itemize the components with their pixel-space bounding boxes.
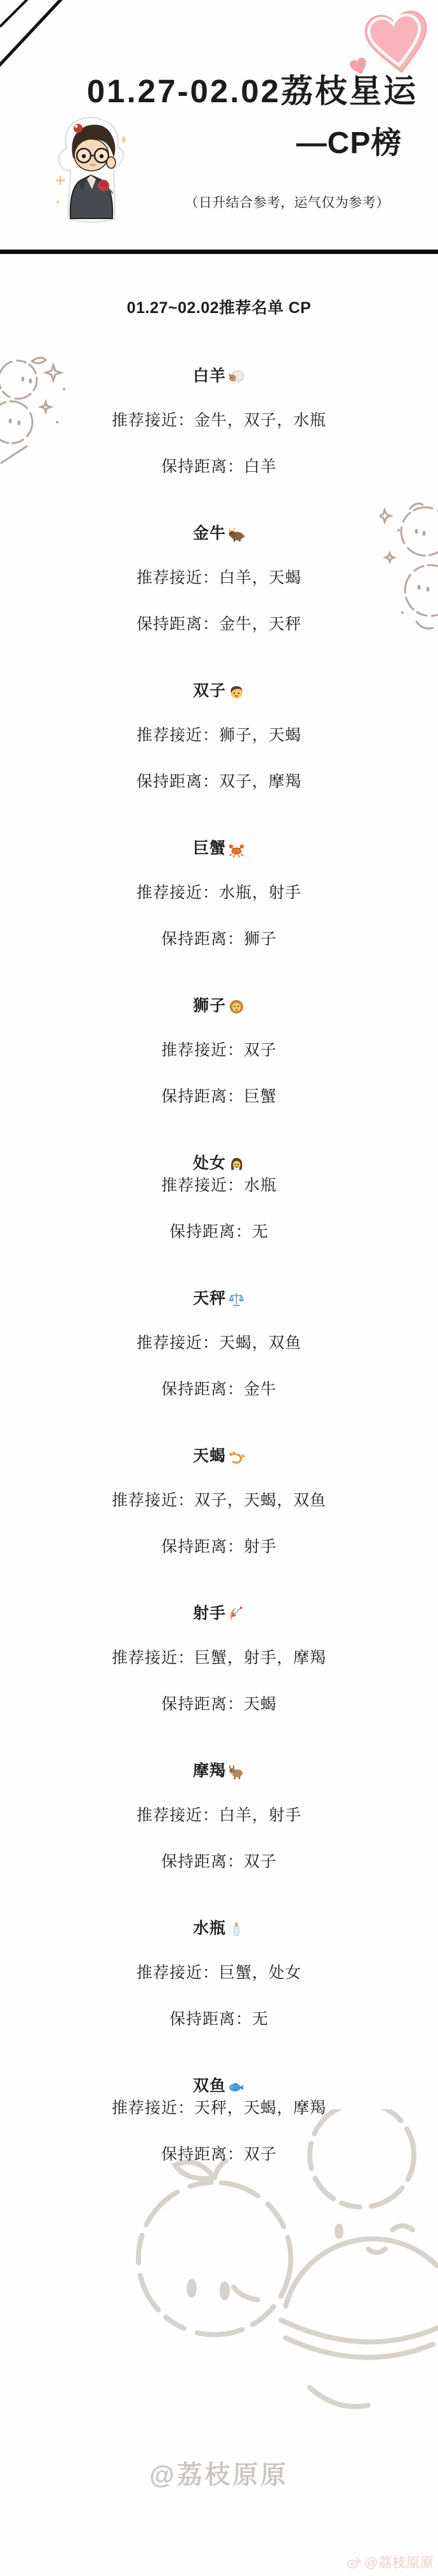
cp-list: 01.27~02.02推荐名单 CP 白羊 推荐接近：金牛，双子，水瓶 保持距离… (0, 254, 438, 2212)
libra-scales-icon (228, 1290, 245, 1307)
recommend-prefix: 推荐接近： (161, 1177, 244, 1194)
sign-name-label: 水瓶 (193, 1919, 226, 1938)
sign-section: 巨蟹 推荐接近：水瓶，射手 保持距离：狮子 (0, 839, 438, 949)
keep-prefix: 保持距离： (161, 1853, 244, 1871)
keep-prefix: 保持距离： (169, 1223, 252, 1241)
recommend-value: 巨蟹，处女 (219, 1964, 302, 1982)
poster-title: 01.27-02.02荔枝星运 (67, 65, 438, 112)
recommend-prefix: 推荐接近： (136, 1806, 219, 1824)
keep-line: 保持距离：双子 (0, 2145, 438, 2164)
recommend-prefix: 推荐接近： (161, 1041, 244, 1059)
weibo-logo-icon (346, 2554, 362, 2570)
sign-name-label: 狮子 (193, 996, 226, 1015)
keep-line: 保持距离：无 (0, 1222, 438, 1241)
sign-name: 双子 (0, 681, 438, 700)
poster-subtitle-cp: —CP榜 (289, 118, 409, 162)
keep-prefix: 保持距离： (161, 1088, 244, 1105)
sign-name-label: 巨蟹 (193, 839, 226, 858)
recommend-value: 狮子，天蝎 (219, 726, 302, 744)
sign-name-label: 摩羯 (193, 1761, 226, 1780)
sign-section: 摩羯 推荐接近：白羊，射手 保持距离：双子 (0, 1761, 438, 1871)
diagonal-lines-decoration (0, 0, 76, 73)
ox-icon (228, 525, 245, 542)
keep-line: 保持距离：白羊 (0, 457, 438, 476)
keep-value: 天蝎 (244, 1695, 277, 1713)
keep-value: 双子，摩羯 (219, 773, 302, 791)
lion-icon (228, 998, 245, 1015)
sign-name-label: 双鱼 (193, 2076, 226, 2095)
keep-prefix: 保持距离： (161, 930, 244, 948)
recommend-value: 水瓶，射手 (219, 884, 302, 902)
keep-value: 射手 (244, 1538, 277, 1556)
sign-name: 水瓶 (0, 1919, 438, 1938)
sign-name: 巨蟹 (0, 839, 438, 858)
recommend-prefix: 推荐接近： (136, 726, 219, 744)
keep-prefix: 保持距离： (136, 773, 219, 791)
watermark-center: @荔枝原原 (0, 2455, 438, 2491)
sign-section: 金牛 推荐接近：白羊，天蝎 保持距离：金牛，天秤 (0, 524, 438, 634)
keep-value: 白羊 (244, 458, 277, 476)
keep-value: 双子 (244, 1853, 277, 1871)
sign-section: 双子 推荐接近：狮子，天蝎 保持距离：双子，摩羯 (0, 681, 438, 791)
boy-icon (228, 683, 245, 700)
recommend-line: 推荐接近：白羊，射手 (0, 1806, 438, 1825)
keep-line: 保持距离：金牛，天秤 (0, 615, 438, 634)
sign-section: 水瓶 推荐接近：巨蟹，处女 保持距离：无 (0, 1919, 438, 2029)
keep-prefix: 保持距离： (161, 1695, 244, 1713)
sign-name-label: 双子 (193, 681, 226, 700)
sign-section: 处女 推荐接近：水瓶 保持距离：无 (0, 1154, 438, 1241)
sign-name: 狮子 (0, 996, 438, 1015)
sign-section: 狮子 推荐接近：双子 保持距离：巨蟹 (0, 996, 438, 1106)
sign-name-label: 处女 (193, 1154, 226, 1173)
recommend-line: 推荐接近：天秤，天蝎，摩羯 (0, 2099, 438, 2118)
recommend-line: 推荐接近：水瓶 (0, 1176, 438, 1195)
recommend-prefix: 推荐接近： (136, 1964, 219, 1982)
goat-icon (228, 1763, 245, 1780)
keep-prefix: 保持距离： (136, 615, 219, 633)
recommend-prefix: 推荐接近： (136, 884, 219, 902)
woman-icon (228, 1155, 245, 1172)
keep-line: 保持距离：狮子 (0, 930, 438, 949)
keep-value: 无 (252, 1223, 269, 1241)
recommend-value: 天蝎，双鱼 (219, 1334, 302, 1352)
ram-icon (228, 368, 245, 385)
sign-name-label: 白羊 (193, 366, 226, 385)
bow-arrow-icon (228, 1605, 245, 1622)
recommend-line: 推荐接近：金牛，双子，水瓶 (0, 411, 438, 430)
recommend-line: 推荐接近：巨蟹，处女 (0, 1963, 438, 1982)
sign-name-label: 金牛 (193, 524, 226, 543)
keep-value: 巨蟹 (244, 1088, 277, 1105)
sign-name: 摩羯 (0, 1761, 438, 1780)
fish-icon (228, 2078, 245, 2095)
crab-icon (228, 840, 245, 857)
recommend-prefix: 推荐接近： (112, 2099, 194, 2117)
sign-section: 天秤 推荐接近：天蝎，双鱼 保持距离：金牛 (0, 1289, 438, 1399)
recommend-line: 推荐接近：白羊，天蝎 (0, 568, 438, 587)
recommend-value: 水瓶 (244, 1177, 277, 1194)
keep-line: 保持距离：双子 (0, 1852, 438, 1871)
recommend-value: 双子 (244, 1041, 277, 1059)
keep-prefix: 保持距离： (161, 1538, 244, 1556)
sign-name: 金牛 (0, 524, 438, 543)
keep-prefix: 保持距离： (161, 2146, 244, 2163)
sign-name: 双鱼 (0, 2076, 438, 2095)
keep-prefix: 保持距离： (161, 1380, 244, 1398)
scorpion-icon (228, 1448, 245, 1465)
sign-section: 射手 推荐接近：巨蟹，射手，摩羯 保持距离：天蝎 (0, 1604, 438, 1714)
list-heading: 01.27~02.02推荐名单 CP (0, 298, 438, 317)
recommend-prefix: 推荐接近： (112, 1649, 194, 1667)
recommend-line: 推荐接近：水瓶，射手 (0, 883, 438, 902)
watermark-corner-text: @荔枝原原 (365, 2553, 434, 2572)
header-note: （日升结合参考，运气仅为参考） (117, 192, 438, 211)
keep-line: 保持距离：巨蟹 (0, 1087, 438, 1106)
keep-line: 保持距离：射手 (0, 1537, 438, 1556)
recommend-line: 推荐接近：巨蟹，射手，摩羯 (0, 1648, 438, 1667)
recommend-line: 推荐接近：狮子，天蝎 (0, 726, 438, 745)
sign-name: 天蝎 (0, 1446, 438, 1465)
sign-name-label: 天蝎 (193, 1446, 226, 1465)
baby-bottle-icon (228, 1920, 245, 1937)
recommend-line: 推荐接近：双子 (0, 1041, 438, 1060)
recommend-line: 推荐接近：双子，天蝎，双鱼 (0, 1491, 438, 1510)
divider-line (0, 250, 438, 254)
keep-line: 保持距离：天蝎 (0, 1695, 438, 1714)
recommend-prefix: 推荐接近： (112, 1492, 194, 1509)
keep-value: 金牛 (244, 1380, 277, 1398)
watermark-corner: @荔枝原原 (346, 2553, 434, 2572)
keep-value: 双子 (244, 2146, 277, 2163)
sign-name: 天秤 (0, 1289, 438, 1308)
sign-name-label: 射手 (193, 1604, 226, 1623)
sign-section: 天蝎 推荐接近：双子，天蝎，双鱼 保持距离：射手 (0, 1446, 438, 1556)
keep-value: 狮子 (244, 930, 277, 948)
recommend-prefix: 推荐接近： (136, 1334, 219, 1352)
recommend-prefix: 推荐接近： (136, 569, 219, 587)
recommend-value: 金牛，双子，水瓶 (194, 411, 326, 429)
recommend-prefix: 推荐接近： (112, 411, 194, 429)
recommend-value: 白羊，射手 (219, 1806, 302, 1824)
keep-value: 无 (252, 2010, 269, 2028)
sign-name: 处女 (0, 1154, 438, 1173)
recommend-value: 巨蟹，射手，摩羯 (194, 1649, 326, 1667)
recommend-value: 双子，天蝎，双鱼 (194, 1492, 326, 1509)
keep-prefix: 保持距离： (169, 2010, 252, 2028)
sign-name: 射手 (0, 1604, 438, 1623)
sign-name-label: 天秤 (193, 1289, 226, 1308)
sign-section: 双鱼 推荐接近：天秤，天蝎，摩羯 保持距离：双子 (0, 2076, 438, 2164)
keep-line: 保持距离：金牛 (0, 1380, 438, 1399)
recommend-line: 推荐接近：天蝎，双鱼 (0, 1333, 438, 1352)
sign-name: 白羊 (0, 366, 438, 385)
sign-section: 白羊 推荐接近：金牛，双子，水瓶 保持距离：白羊 (0, 366, 438, 476)
recommend-value: 白羊，天蝎 (219, 569, 302, 587)
keep-value: 金牛，天秤 (219, 615, 302, 633)
horoscope-poster: 01.27-02.02荔枝星运 —CP榜 （日升结合参考，运气仅为参考） (0, 0, 438, 2576)
keep-line: 保持距离：双子，摩羯 (0, 772, 438, 791)
sign-sections: 白羊 推荐接近：金牛，双子，水瓶 保持距离：白羊 金牛 推荐接近：白羊，天蝎 保… (0, 366, 438, 2164)
keep-prefix: 保持距离： (161, 458, 244, 476)
recommend-value: 天秤，天蝎，摩羯 (194, 2099, 326, 2117)
keep-line: 保持距离：无 (0, 2010, 438, 2029)
